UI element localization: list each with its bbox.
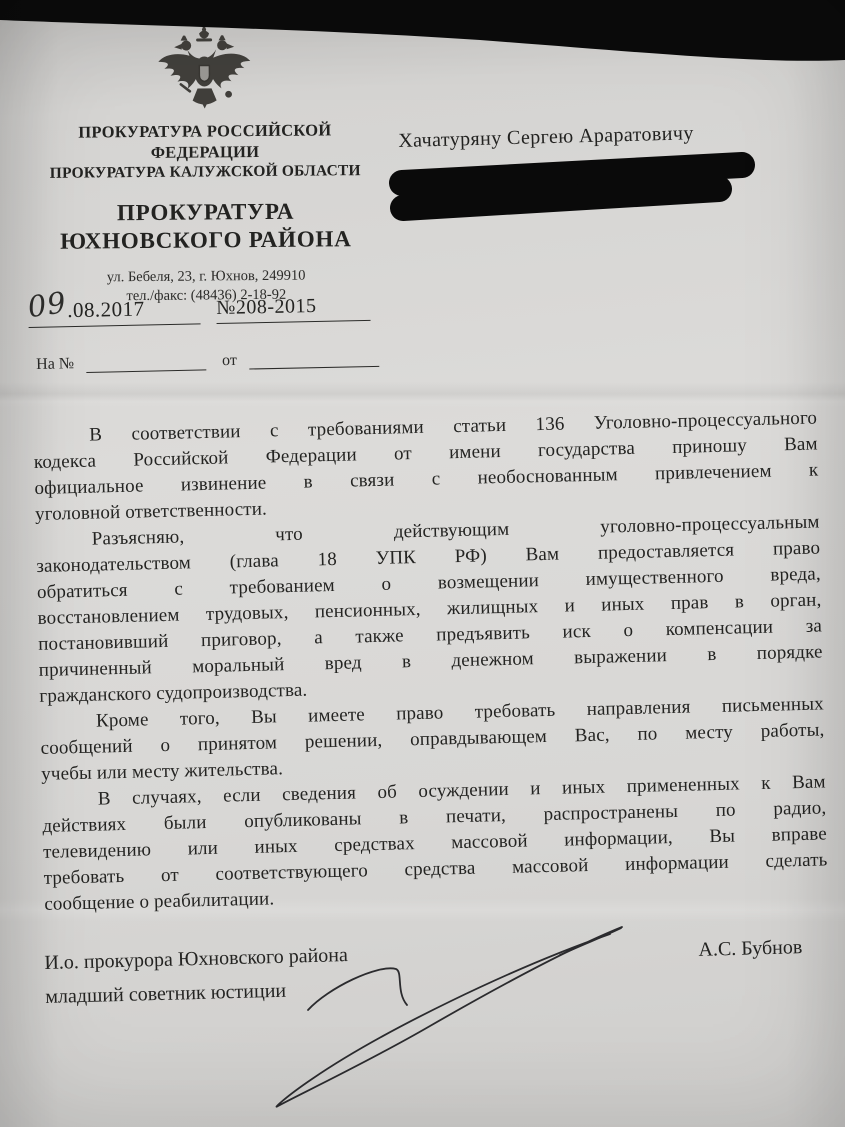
handwritten-signature xyxy=(250,908,650,1123)
body-paragraph: Разъясняю, что действующим уголовно-проц… xyxy=(35,510,823,710)
reply-from-label: от xyxy=(222,352,237,370)
body-paragraph: В случаях, если сведения об осуждении и … xyxy=(42,769,829,917)
org-name-federation: ПРОКУРАТУРА РОССИЙСКОЙ ФЕДЕРАЦИИ xyxy=(29,119,381,164)
photo-edge xyxy=(0,0,845,70)
office-name-line1: ПРОКУРАТУРА xyxy=(30,197,382,228)
document-number: №208-2015 xyxy=(216,295,317,320)
document-photo: ПРОКУРАТУРА РОССИЙСКОЙ ФЕДЕРАЦИИ ПРОКУРА… xyxy=(0,0,845,1127)
document-number-field: №208-2015 xyxy=(216,294,371,324)
office-name-line2: ЮХНОВСКОГО РАЙОНА xyxy=(30,225,382,256)
date-field: 09 .08.2017 xyxy=(28,294,201,328)
document-body: В соответствии с требованиями статьи 136… xyxy=(33,406,828,918)
org-name-region: ПРОКУРАТУРА КАЛУЖСКОЙ ОБЛАСТИ xyxy=(29,161,381,184)
printed-date: .08.2017 xyxy=(67,297,145,324)
signatory-name: А.С. Бубнов xyxy=(698,936,802,962)
handwritten-day: 09 xyxy=(27,292,68,317)
redaction-marks xyxy=(388,148,760,234)
reply-date-blank xyxy=(249,349,379,370)
reply-prefix-label: На № xyxy=(36,355,74,374)
body-paragraph: В соответствии с требованиями статьи 136… xyxy=(33,406,819,528)
reply-number-blank xyxy=(86,352,206,373)
